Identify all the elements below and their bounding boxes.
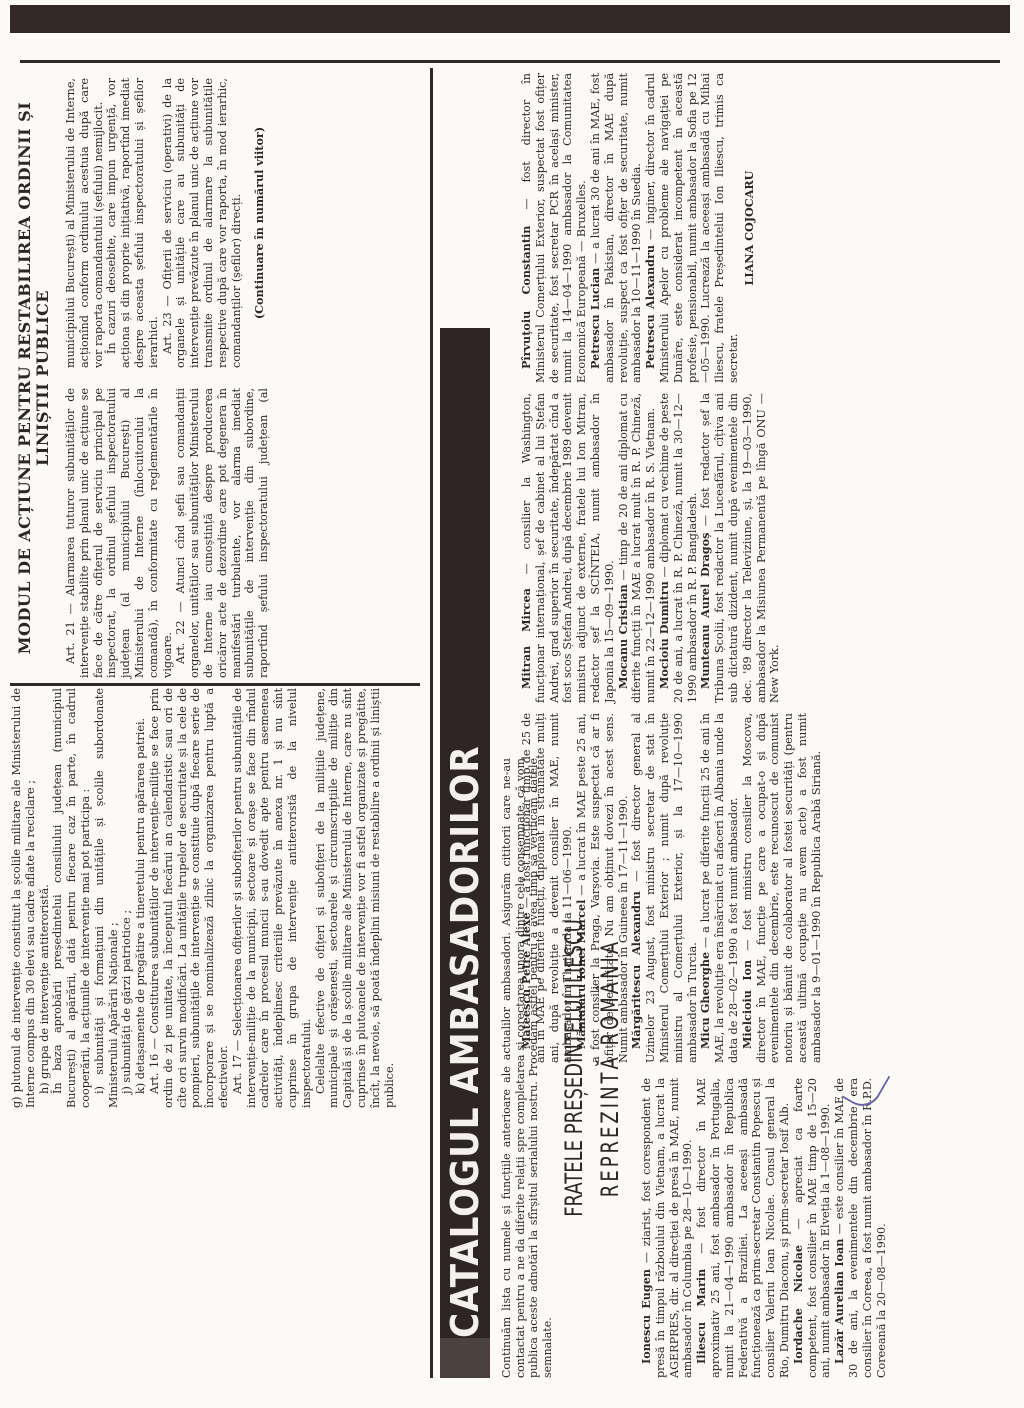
entry: Mielcioiu Ion — fost ministru consilier … [741,713,824,1063]
entry-name: Mielcioiu Ion [740,960,754,1049]
catalog-column-4: Pîrvuțoiu Constantin — fost director în … [520,73,757,383]
paragraph: În cazuri deosebite, care impun urgență,… [105,78,160,368]
paragraph: Art. 23 — Ofițerii de serviciu (operativ… [161,78,244,368]
entry-name: Petrescu Lucian [588,268,602,369]
entry-text: — consilier la Washington, funcționar in… [520,393,616,703]
entry-name: Lazăr Aurelian Ioan [832,1239,846,1364]
entry-name: Pîrvuțoiu Constantin [519,226,533,369]
entry: Micu Gheorghe — a lucrat pe diferite fun… [699,713,740,1063]
entry: Mocioiu Dumitru — diplomat cu vechime de… [658,393,699,703]
paragraph: h) grupa de intervenție antiteroristă. [38,688,52,1108]
entry: Iordache Nicolae — apreciat ca foarte co… [792,1078,833,1378]
catalog-banner: CATALOGUL AMBASADORILOR [440,328,490,1378]
article-title: MODUL DE ACȚIUNE PENTRU RESTABILIREA ORD… [16,78,52,678]
banner-shade [440,1338,490,1378]
entry-name: Iordache Nicolae [791,1245,805,1364]
entry: Ionescu Eugen — ziarist, fost coresponde… [640,1078,695,1378]
entry: Mărgăritescu Alexandru — fost director g… [630,713,699,1063]
title-line-1: MODUL DE ACȚIUNE PENTRU RESTABILIREA ORD… [16,78,34,678]
entry-text: — fost director în MAE aproximativ 25 an… [695,1078,791,1378]
author-signature: LIANA COJOCARU [743,73,757,383]
entry: Mocanu Cristian — timp de 20 de ani dipl… [617,393,658,703]
entry-name: Mămularu Ionel Marcel [574,900,588,1049]
paragraph: Art. 16 — Constituirea subunităților de … [148,688,231,1108]
newspaper-page: g) plutonul de intervenție constituit la… [0,0,1024,1408]
entry-name: Munteanu Aurel Dragoș [698,533,712,689]
modul-de-actiune-article: MODUL DE ACȚIUNE PENTRU RESTABILIREA ORD… [10,78,271,678]
paragraph: g) plutonul de intervenție constituit la… [10,688,38,1108]
entry: Iliescu Marin — fost director în MAE apr… [695,1078,792,1378]
entry: Mitran Mircea — consilier la Washington,… [520,393,617,703]
entry-name: Mocanu Cristian [616,584,630,689]
paragraph: i) subunități și formațiuni din unitățil… [93,688,121,1108]
entry-name: Ionescu Eugen [639,1269,653,1364]
section-divider [430,68,433,1378]
catalog-column-2: Mateescu Petre Alexe — a fost funcționar… [520,713,824,1063]
entry-name: Mitran Mircea [519,588,533,689]
entry-name: Iliescu Marin [694,1269,708,1364]
entry: Petrescu Alexandru — inginer, director î… [644,73,741,383]
paragraph: k) detașamente de pregătire a tineretulu… [134,688,148,1108]
entry-name: Mateescu Petre Alexe [519,912,533,1049]
entry-name: Mărgăritescu Alexandru [629,891,643,1049]
entry: Pîrvuțoiu Constantin — fost director în … [520,73,589,383]
entry: Petrescu Lucian — a lucrat 30 de ani în … [589,73,644,383]
entry-name: Mocioiu Dumitru [657,581,671,689]
entry: Munteanu Aurel Dragoș — fost redactor șe… [699,393,782,703]
column-divider [10,683,420,686]
paragraph: Art. 17 — Selecționarea ofițerilor și su… [231,688,314,1108]
scan-edge-band [10,5,1010,33]
paragraph: Celelalte efective de ofițeri și subofiț… [314,688,397,1108]
entry: Lazăr Aurelian Ioan — este consilier în … [833,1078,888,1378]
right-border-line [20,60,1000,63]
title-line-2: LINIȘTII PUBLICE [34,78,52,678]
continuation-note: (Continuare în numărul viitor) [253,78,267,368]
entry: Mateescu Petre Alexe — a fost funcționar… [520,713,575,1063]
paragraph: j) subunități de gărzi patriotice ; [120,688,134,1108]
paragraph: Art. 21 — Alarmarea tuturor subunitățilo… [64,388,174,678]
catalog-column-3: Mitran Mircea — consilier la Washington,… [520,393,782,703]
entry-name: Micu Gheorghe [698,952,712,1049]
entry-text: — inginer, director în cadrul Ministerul… [644,73,740,383]
entry-name: Petrescu Alexandru [643,245,657,369]
catalog-column-1: Ionescu Eugen — ziarist, fost coresponde… [640,1078,888,1378]
banner-title: CATALOGUL AMBASADORILOR [443,745,487,1338]
previous-article-continuation: g) plutonul de intervenție constituit la… [10,688,396,1108]
entry: Mămularu Ionel Marcel — a lucrat în MAE … [575,713,630,1063]
paragraph: În baza aprobării președintelui consiliu… [51,688,92,1108]
